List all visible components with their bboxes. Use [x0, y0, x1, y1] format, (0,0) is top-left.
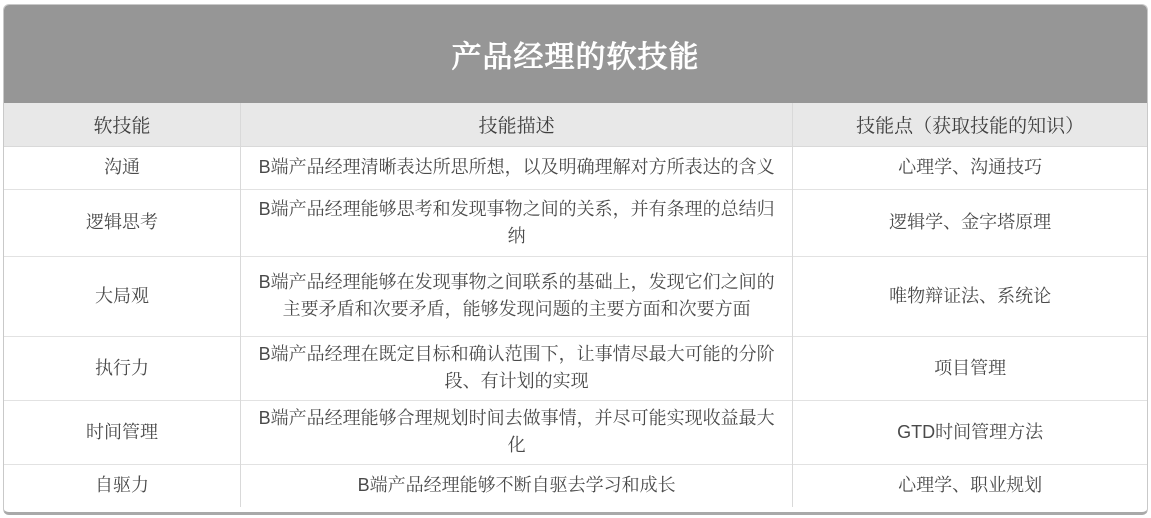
cell-description: B端产品经理清晰表达所思所想，以及明确理解对方所表达的含义: [241, 146, 793, 189]
cell-description: B端产品经理能够合理规划时间去做事情，并尽可能实现收益最大化: [241, 400, 793, 464]
cell-points: 心理学、职业规划: [793, 464, 1147, 507]
cell-points: 逻辑学、金字塔原理: [793, 189, 1147, 256]
skills-table: 软技能 技能描述 技能点（获取技能的知识） 沟通 B端产品经理清晰表达所思所想，…: [4, 103, 1147, 507]
page: 产品经理的软技能 软技能 技能描述 技能点（获取技能的知识） 沟通 B端产品经理…: [0, 0, 1151, 518]
cell-skill: 沟通: [4, 146, 241, 189]
header-skill-points: 技能点（获取技能的知识）: [793, 103, 1147, 146]
header-skill-description: 技能描述: [241, 103, 793, 146]
cell-description: B端产品经理能够不断自驱去学习和成长: [241, 464, 793, 507]
cell-description: B端产品经理能够在发现事物之间联系的基础上，发现它们之间的主要矛盾和次要矛盾，能…: [241, 256, 793, 336]
cell-skill: 时间管理: [4, 400, 241, 464]
cell-description: B端产品经理能够思考和发现事物之间的关系，并有条理的总结归纳: [241, 189, 793, 256]
table-row: 逻辑思考 B端产品经理能够思考和发现事物之间的关系，并有条理的总结归纳 逻辑学、…: [4, 189, 1147, 256]
cell-skill: 执行力: [4, 336, 241, 400]
table-row: 大局观 B端产品经理能够在发现事物之间联系的基础上，发现它们之间的主要矛盾和次要…: [4, 256, 1147, 336]
cell-points: 心理学、沟通技巧: [793, 146, 1147, 189]
page-title: 产品经理的软技能: [452, 32, 700, 76]
cell-points: GTD时间管理方法: [793, 400, 1147, 464]
cell-skill: 自驱力: [4, 464, 241, 507]
title-bar: 产品经理的软技能: [4, 5, 1147, 103]
table-row: 自驱力 B端产品经理能够不断自驱去学习和成长 心理学、职业规划: [4, 464, 1147, 507]
skills-table-card: 产品经理的软技能 软技能 技能描述 技能点（获取技能的知识） 沟通 B端产品经理…: [3, 4, 1148, 515]
table-row: 时间管理 B端产品经理能够合理规划时间去做事情，并尽可能实现收益最大化 GTD时…: [4, 400, 1147, 464]
cell-points: 项目管理: [793, 336, 1147, 400]
header-row: 软技能 技能描述 技能点（获取技能的知识）: [4, 103, 1147, 146]
cell-description: B端产品经理在既定目标和确认范围下，让事情尽最大可能的分阶段、有计划的实现: [241, 336, 793, 400]
cell-skill: 逻辑思考: [4, 189, 241, 256]
cell-skill: 大局观: [4, 256, 241, 336]
header-soft-skill: 软技能: [4, 103, 241, 146]
cell-points: 唯物辩证法、系统论: [793, 256, 1147, 336]
table-row: 执行力 B端产品经理在既定目标和确认范围下，让事情尽最大可能的分阶段、有计划的实…: [4, 336, 1147, 400]
table-row: 沟通 B端产品经理清晰表达所思所想，以及明确理解对方所表达的含义 心理学、沟通技…: [4, 146, 1147, 189]
